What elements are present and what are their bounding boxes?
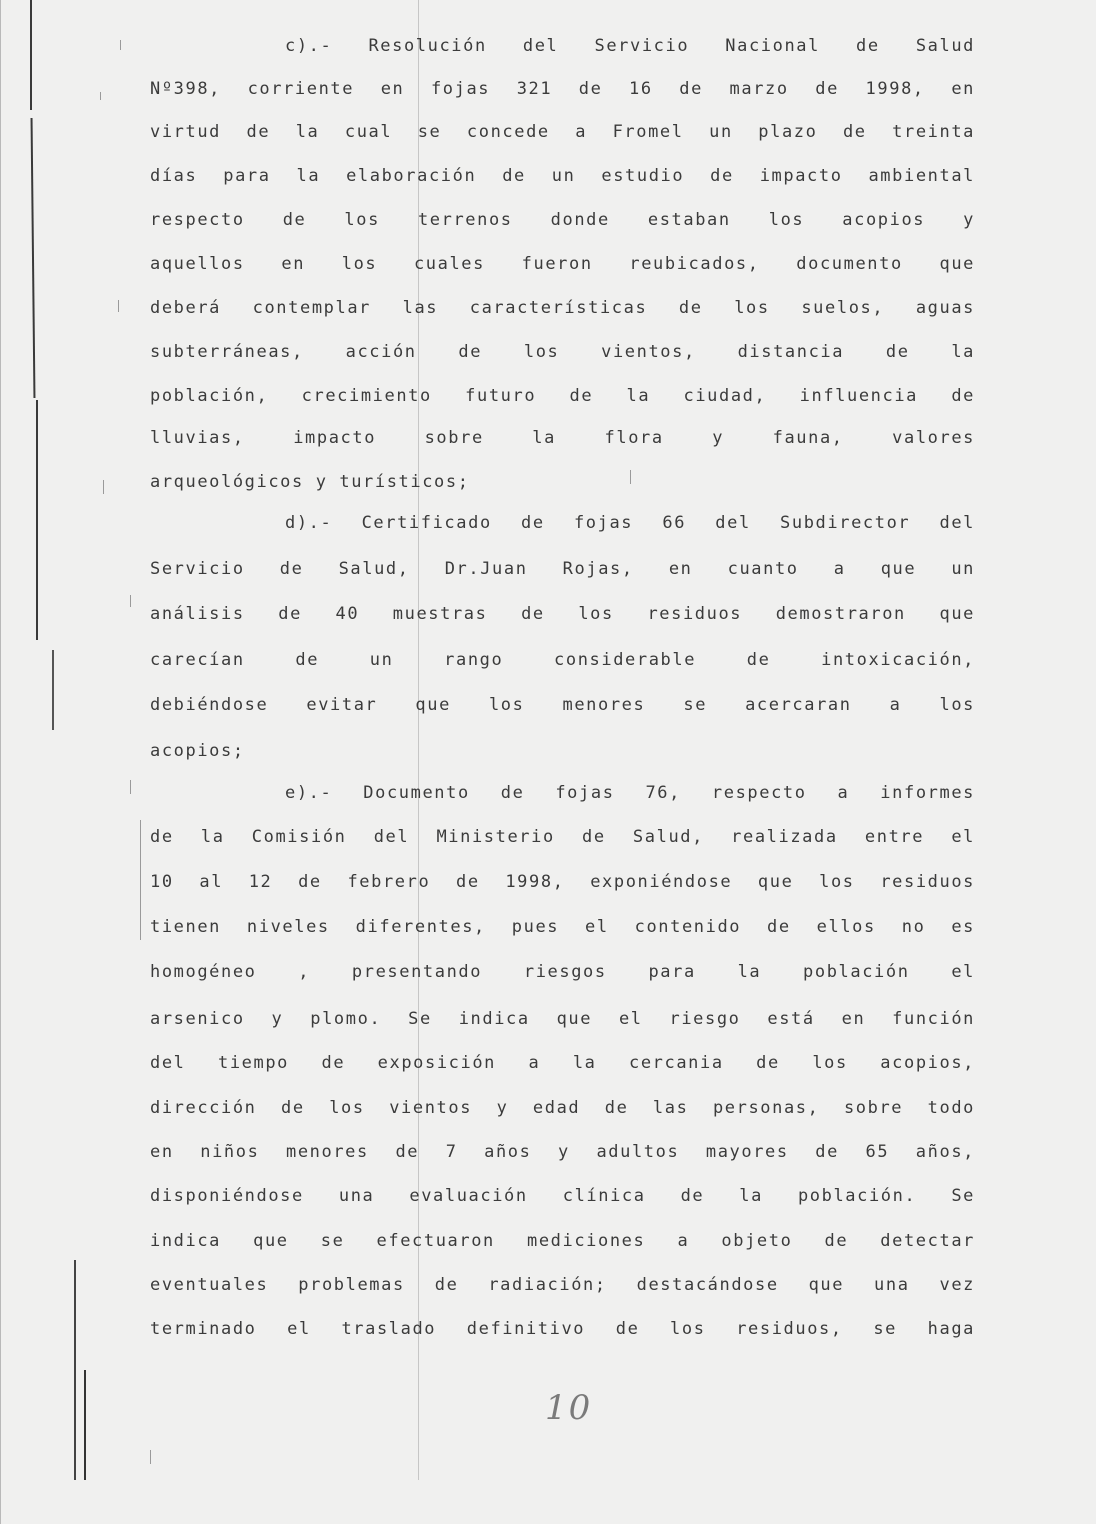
paragraph-start-line: e).- Documento de fojas 76, respecto a i… xyxy=(285,783,975,803)
text-line: Servicio de Salud, Dr.Juan Rojas, en cua… xyxy=(150,559,975,579)
scan-speck xyxy=(100,92,101,100)
margin-rule xyxy=(52,650,54,730)
text-line: disponiéndose una evaluación clínica de … xyxy=(150,1186,975,1206)
scan-edge xyxy=(0,0,1,1524)
scan-speck xyxy=(103,480,104,494)
handwritten-page-number: 10 xyxy=(545,1388,592,1428)
text-line: virtud de la cual se concede a Fromel un… xyxy=(150,122,975,142)
scan-speck xyxy=(140,820,141,940)
text-line: respecto de los terrenos donde estaban l… xyxy=(150,210,975,230)
scan-speck xyxy=(120,40,121,50)
text-line: en niños menores de 7 años y adultos may… xyxy=(150,1142,975,1162)
paragraph-start-line: d).- Certificado de fojas 66 del Subdire… xyxy=(285,513,975,533)
scan-speck xyxy=(130,780,131,794)
scan-speck xyxy=(130,595,131,607)
text-line: 10 al 12 de febrero de 1998, exponiéndos… xyxy=(150,872,975,892)
text-line: dirección de los vientos y edad de las p… xyxy=(150,1098,975,1118)
text-line: arsenico y plomo. Se indica que el riesg… xyxy=(150,1009,975,1029)
text-line: tienen niveles diferentes, pues el conte… xyxy=(150,917,975,937)
text-line: análisis de 40 muestras de los residuos … xyxy=(150,604,975,624)
text-line: de la Comisión del Ministerio de Salud, … xyxy=(150,827,975,847)
scanned-page: c).- Resolución del Servicio Nacional de… xyxy=(0,0,1096,1524)
scan-speck xyxy=(150,1450,151,1464)
margin-rule xyxy=(36,400,38,640)
text-line: del tiempo de exposición a la cercania d… xyxy=(150,1053,975,1073)
text-line: carecían de un rango considerable de int… xyxy=(150,650,975,670)
text-line: días para la elaboración de un estudio d… xyxy=(150,166,975,186)
text-line: indica que se efectuaron mediciones a ob… xyxy=(150,1231,975,1251)
scan-speck xyxy=(118,300,119,312)
margin-rule xyxy=(30,0,32,110)
text-line: eventuales problemas de radiación; desta… xyxy=(150,1275,975,1295)
text-line: acopios; xyxy=(150,741,975,761)
text-line: Nº398, corriente en fojas 321 de 16 de m… xyxy=(150,79,975,99)
text-line: aquellos en los cuales fueron reubicados… xyxy=(150,254,975,274)
paragraph-start-line: c).- Resolución del Servicio Nacional de… xyxy=(285,36,975,56)
text-line: debiéndose evitar que los menores se ace… xyxy=(150,695,975,715)
text-line: arqueológicos y turísticos; xyxy=(150,472,975,492)
margin-rule xyxy=(84,1370,86,1480)
text-line: subterráneas, acción de los vientos, dis… xyxy=(150,342,975,362)
text-line: lluvias, impacto sobre la flora y fauna,… xyxy=(150,428,975,448)
text-line: homogéneo , presentando riesgos para la … xyxy=(150,962,975,982)
text-line: terminado el traslado definitivo de los … xyxy=(150,1319,975,1339)
margin-rule xyxy=(74,1260,76,1480)
text-line: población, crecimiento futuro de la ciud… xyxy=(150,386,975,406)
margin-rule xyxy=(31,118,36,398)
text-line: deberá contemplar las características de… xyxy=(150,298,975,318)
